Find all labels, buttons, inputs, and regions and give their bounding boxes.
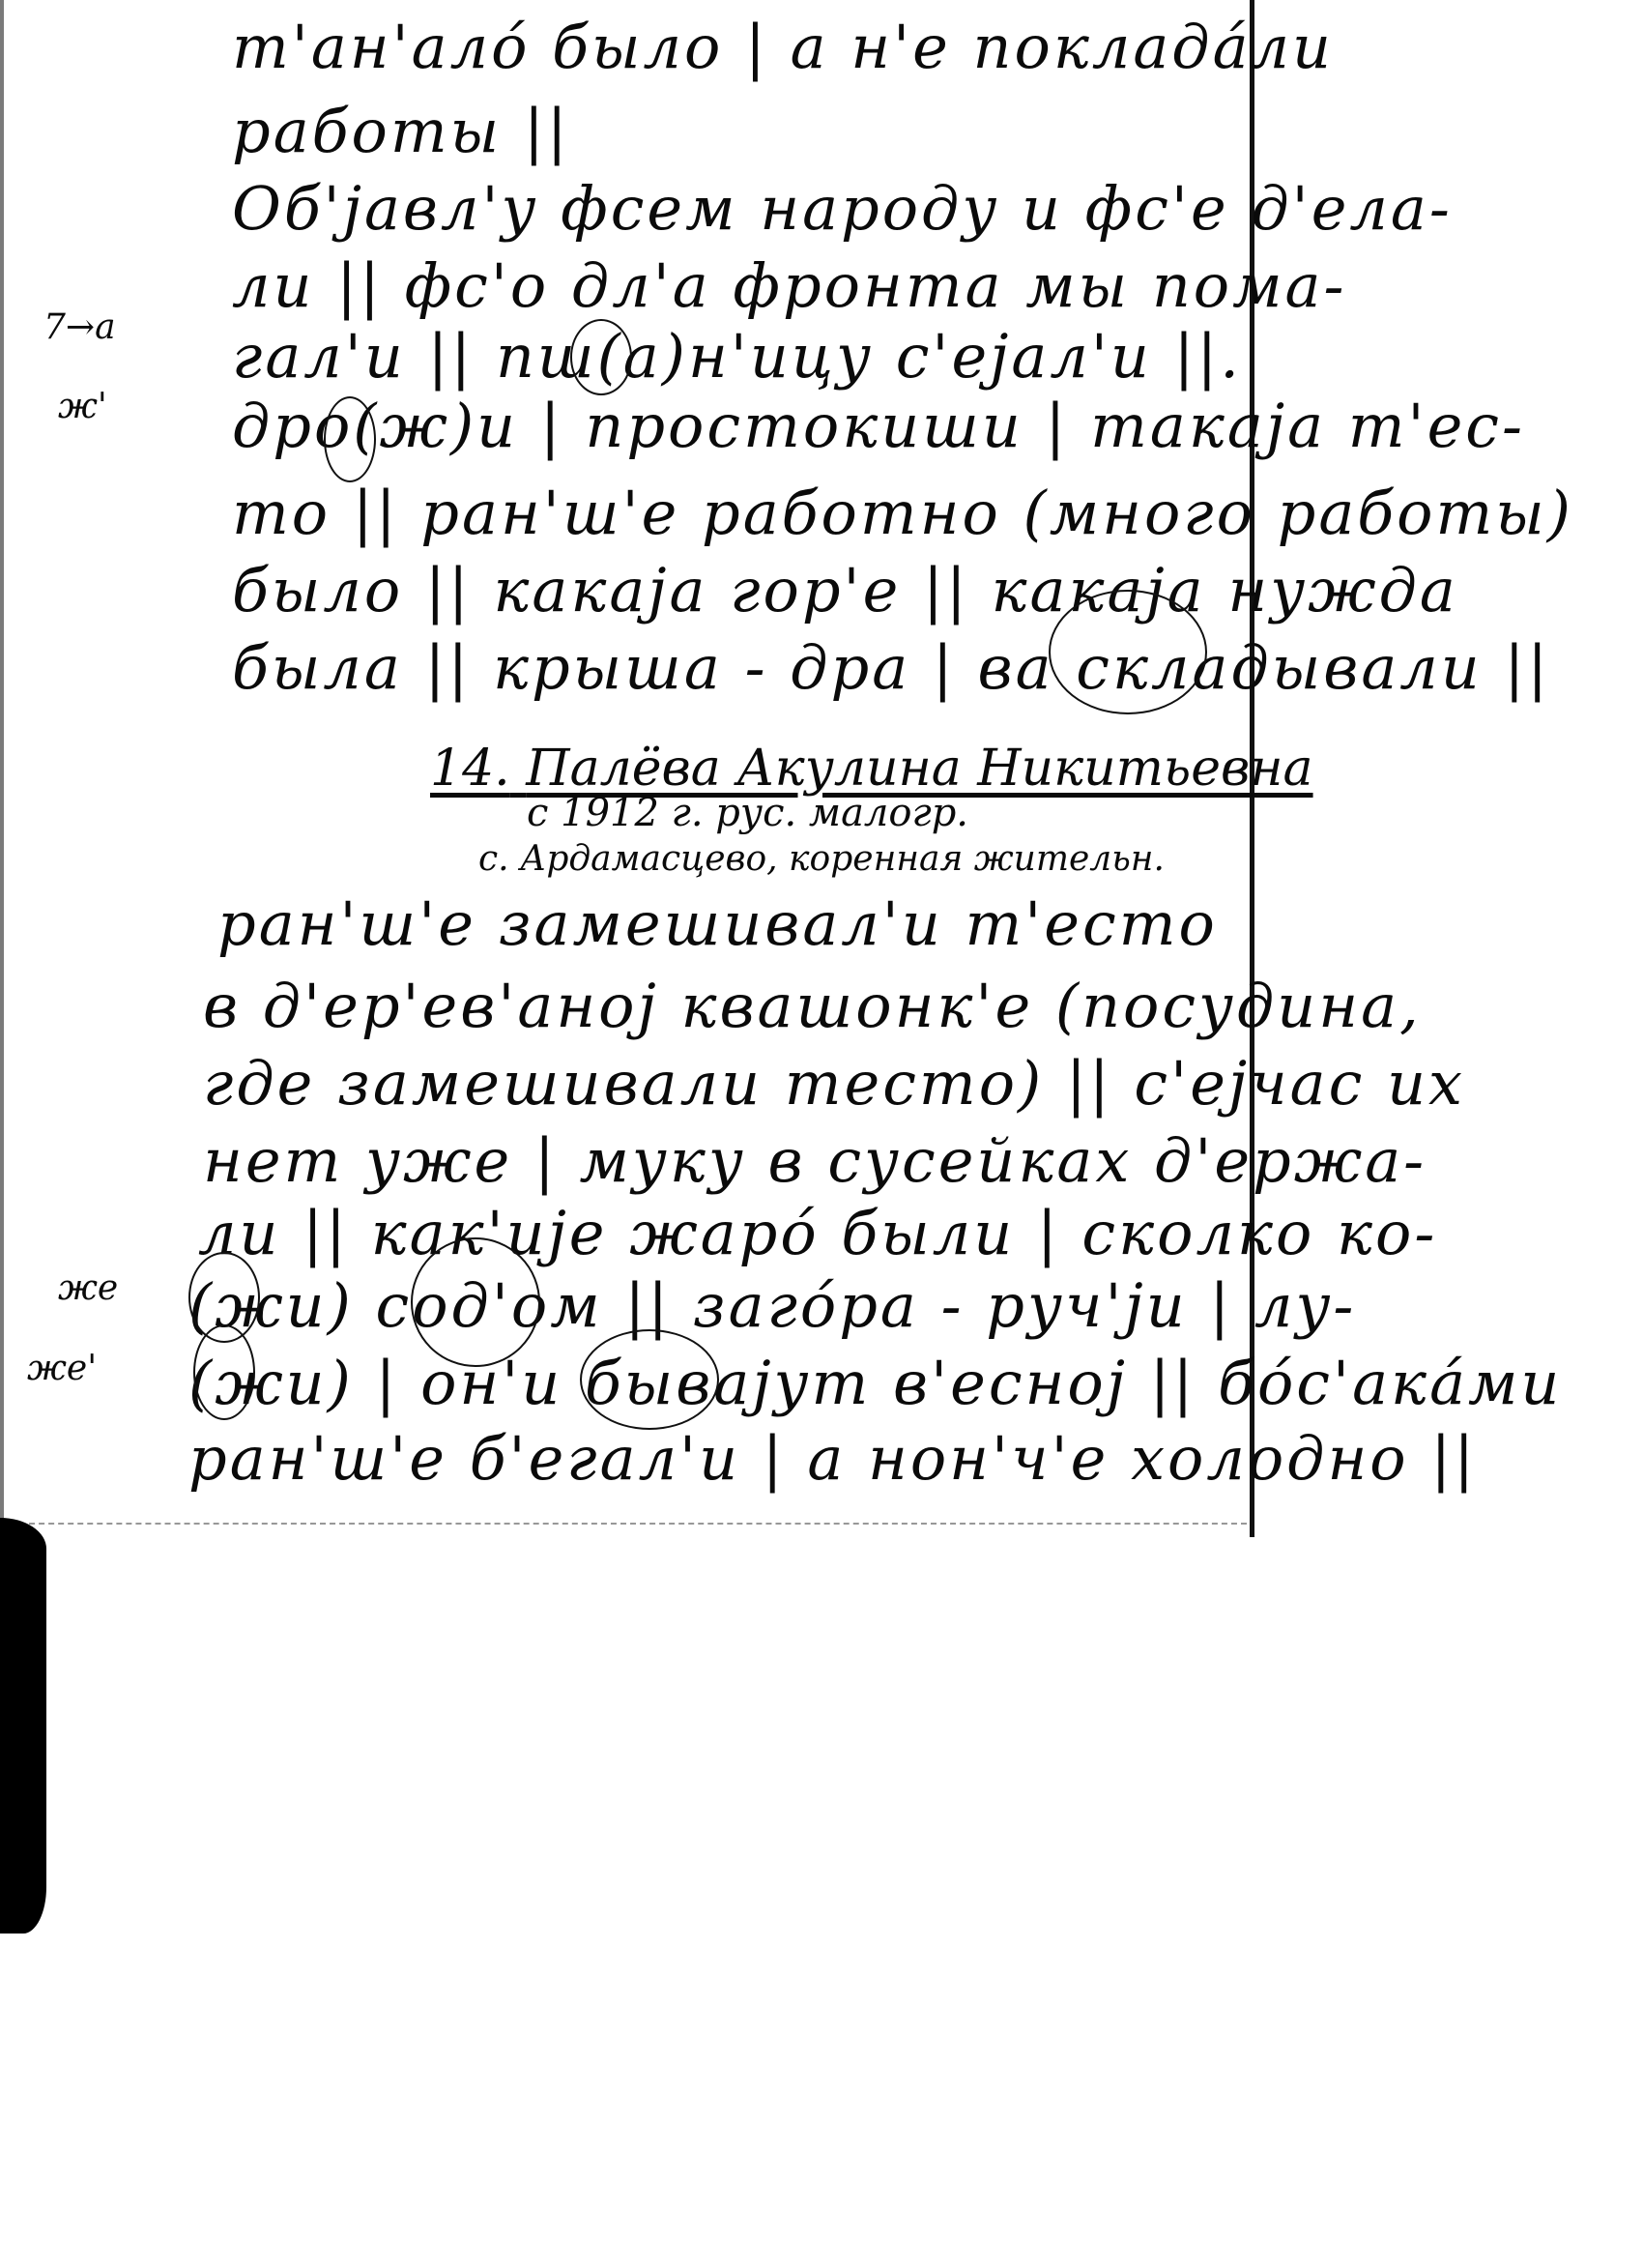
entry-number: 14. [430, 740, 510, 798]
page-bottom-edge [10, 1523, 1247, 1525]
annotation-circle [193, 1324, 255, 1420]
text-line: нет уже | муку в сусейках д'ержа- [203, 1131, 1427, 1191]
text-line: (жи) сод'ом || загóра - руч'ји | лу- [188, 1276, 1356, 1336]
scan-shadow [0, 1518, 46, 1934]
scanned-page: 7→а ж' же же' т'ан'ало́ было | а н'е пок… [0, 0, 1643, 2268]
annotation-circle [411, 1237, 540, 1367]
text-line: гал'и || пш(а)н'ицу с'ејал'и ||. [232, 327, 1242, 387]
text-line: ли || как'ије жаро́ были | сколко ко- [198, 1204, 1437, 1264]
annotation-circle [1049, 590, 1207, 714]
text-line: (жи) | он'и бывајут в'есној || бо́с'акáм… [188, 1353, 1562, 1413]
margin-note: 7→а [43, 307, 116, 347]
annotation-circle [570, 319, 632, 395]
annotation-circle [580, 1329, 719, 1430]
text-line: Об'јавл'у фсем народу и фс'е д'ела- [232, 179, 1453, 239]
text-line: в д'ер'ев'аној квашонк'е (посудина, [203, 976, 1422, 1036]
text-line: ран'ш'е б'егал'и | а нон'ч'е холодно || [188, 1429, 1477, 1489]
text-line: ли || фс'о дл'а фронта мы пома- [232, 256, 1346, 316]
margin-note: же [58, 1268, 118, 1308]
entry-name: Палёва Акулина Никитьевна [526, 740, 1312, 798]
margin-note: ж' [58, 387, 107, 426]
text-line: то || ран'ш'е работно (много работы) [232, 483, 1573, 543]
text-line: дро(ж)и | простокиши | такаја т'ес- [232, 396, 1525, 456]
page-left-edge [0, 0, 4, 1527]
text-line: было || какаја гор'е || какаја нужда [232, 561, 1458, 621]
text-line: т'ан'ало́ было | а н'е покладáли [232, 17, 1334, 77]
annotation-circle [324, 396, 376, 482]
text-line: работы || [232, 102, 570, 161]
entry-birth: с 1912 г. рус. малогр. [527, 791, 968, 835]
entry-place: с. Ардамасцево, коренная жительн. [478, 839, 1165, 879]
text-line: где замешивали тесто) || с'ејчас их [203, 1054, 1465, 1114]
margin-note: же' [27, 1349, 97, 1388]
text-line: ран'ш'е замешивал'и т'есто [217, 894, 1218, 954]
text-line: была || крыша - дра | ва складывали || [232, 638, 1550, 698]
